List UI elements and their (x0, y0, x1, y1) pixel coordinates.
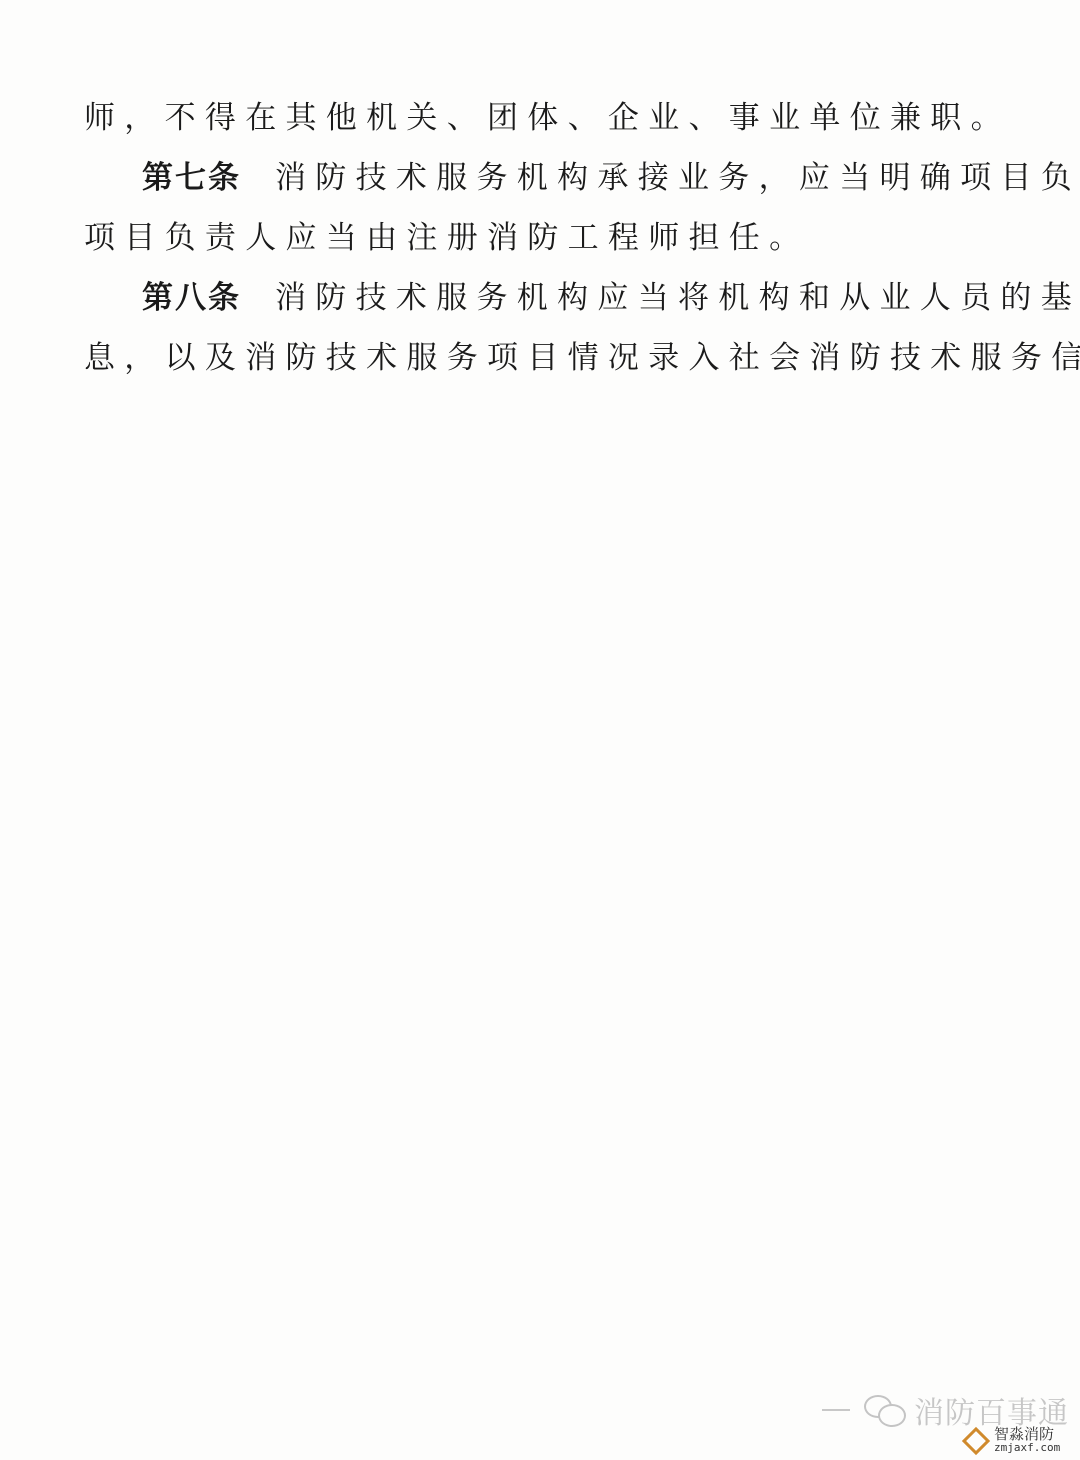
wechat-icon (864, 1395, 906, 1425)
dash-divider (822, 1409, 850, 1411)
logo-name: 智淼消防 (994, 1428, 1060, 1441)
site-logo: 智淼消防 zmjaxf.com (966, 1428, 1060, 1454)
article-8-line-1: 第八条消防技术服务机构应当将机构和从业人员的基本信 (142, 278, 1080, 318)
paragraph-line-1: 师，不得在其他机关、团体、企业、事业单位兼职。 (84, 98, 1011, 138)
article-7-line-1: 第七条消防技术服务机构承接业务，应当明确项目负责人。 (142, 158, 1080, 198)
logo-mark-icon (962, 1427, 990, 1455)
line-text: 师，不得在其他机关、团体、企业、事业单位兼职。 (84, 100, 1011, 136)
logo-url: zmjaxf.com (994, 1441, 1060, 1454)
line-text: 息，以及消防技术服务项目情况录入社会消防技术服务信息系统。 (84, 340, 1080, 376)
article-7-heading: 第七条 (142, 160, 241, 196)
line-text: 消防技术服务机构承接业务，应当明确项目负责人。 (275, 160, 1080, 196)
watermark: 消防百事通 (822, 1390, 1069, 1430)
article-7-line-2: 项目负责人应当由注册消防工程师担任。 (84, 218, 809, 258)
line-text: 消防技术服务机构应当将机构和从业人员的基本信 (275, 280, 1080, 316)
article-8-heading: 第八条 (142, 280, 241, 316)
line-text: 项目负责人应当由注册消防工程师担任。 (84, 220, 809, 256)
article-8-line-2: 息，以及消防技术服务项目情况录入社会消防技术服务信息系统。 (84, 338, 1080, 378)
